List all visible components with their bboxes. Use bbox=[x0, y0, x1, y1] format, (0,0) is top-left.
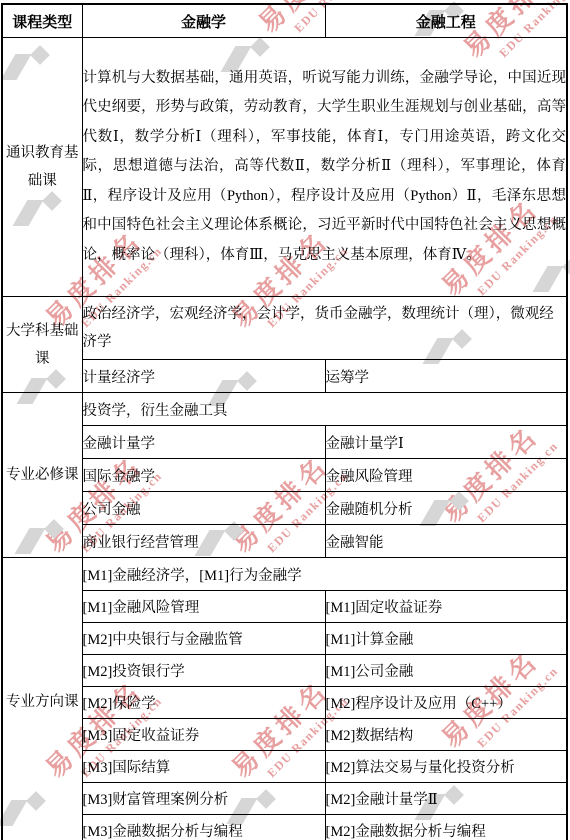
table-row: [M3]国际结算 [M2]算法交易与量化投资分析 bbox=[2, 751, 567, 783]
course-table: 课程类型 金融学 金融工程 通识教育基础课 计算机与大数据基础，通用英语，听说写… bbox=[1, 3, 568, 840]
table-row: [M3]固定收益证券 [M2]数据结构 bbox=[2, 719, 567, 751]
finance-course: [M2]投资银行学 bbox=[82, 655, 325, 687]
header-finance: 金融学 bbox=[82, 4, 325, 38]
fineng-course: 金融智能 bbox=[325, 525, 567, 558]
section-major-elective-row: 专业方向课 [M1]金融经济学，[M1]行为金融学 bbox=[2, 558, 567, 591]
fineng-course: [M2]金融数据分析与编程 bbox=[325, 815, 567, 840]
section-general-education-row: 通识教育基础课 计算机与大数据基础，通用英语，听说写能力训练，金融学导论，中国近… bbox=[2, 38, 567, 297]
finance-course: [M3]国际结算 bbox=[82, 751, 325, 783]
table-row: 公司金融 金融随机分析 bbox=[2, 492, 567, 525]
table-row: 商业银行经营管理 金融智能 bbox=[2, 525, 567, 558]
table-row: 计量经济学 运筹学 bbox=[2, 360, 567, 393]
table-row: [M2]中央银行与金融监管 [M1]计算金融 bbox=[2, 623, 567, 655]
section-major-required-row: 专业必修课 投资学，衍生金融工具 bbox=[2, 393, 567, 426]
fineng-course: 运筹学 bbox=[325, 360, 567, 393]
page: 易度排名EDU Ranking.cn 易度排名EDU Ranking.cn 易度… bbox=[0, 0, 570, 840]
finance-course: [M3]固定收益证券 bbox=[82, 719, 325, 751]
table-row: [M3]金融数据分析与编程 [M2]金融数据分析与编程 bbox=[2, 815, 567, 840]
major-required-shared-courses: 投资学，衍生金融工具 bbox=[82, 393, 567, 426]
fineng-course: 金融计量学Ⅰ bbox=[325, 426, 567, 459]
fineng-course: [M1]计算金融 bbox=[325, 623, 567, 655]
fineng-course: [M2]数据结构 bbox=[325, 719, 567, 751]
fineng-course: [M1]固定收益证券 bbox=[325, 591, 567, 623]
table-row: 国际金融学 金融风险管理 bbox=[2, 459, 567, 492]
table-row: [M2]保险学 [M2]程序设计及应用（C++） bbox=[2, 687, 567, 719]
fineng-course: [M2]算法交易与量化投资分析 bbox=[325, 751, 567, 783]
header-row: 课程类型 金融学 金融工程 bbox=[2, 4, 567, 38]
table-row: [M3]财富管理案例分析 [M2]金融计量学Ⅱ bbox=[2, 783, 567, 815]
section-discipline-basic-row: 大学科基础课 政治经济学，宏观经济学，会计学，货币金融学，数理统计（理），微观经… bbox=[2, 297, 567, 360]
header-financial-engineering: 金融工程 bbox=[325, 4, 567, 38]
finance-course: 国际金融学 bbox=[82, 459, 325, 492]
finance-course: 公司金融 bbox=[82, 492, 325, 525]
finance-course: [M2]中央银行与金融监管 bbox=[82, 623, 325, 655]
fineng-course: 金融随机分析 bbox=[325, 492, 567, 525]
finance-course: 商业银行经营管理 bbox=[82, 525, 325, 558]
table-row: [M2]投资银行学 [M1]公司金融 bbox=[2, 655, 567, 687]
finance-course: [M2]保险学 bbox=[82, 687, 325, 719]
fineng-course: [M2]程序设计及应用（C++） bbox=[325, 687, 567, 719]
finance-course: [M3]财富管理案例分析 bbox=[82, 783, 325, 815]
section-label-general-education: 通识教育基础课 bbox=[2, 38, 82, 297]
section-label-discipline-basic: 大学科基础课 bbox=[2, 297, 82, 393]
general-education-courses: 计算机与大数据基础，通用英语，听说写能力训练，金融学导论，中国近现代史纲要，形势… bbox=[82, 38, 567, 297]
table-row: 金融计量学 金融计量学Ⅰ bbox=[2, 426, 567, 459]
header-course-type: 课程类型 bbox=[2, 4, 82, 38]
fineng-course: 金融风险管理 bbox=[325, 459, 567, 492]
finance-course: [M1]金融风险管理 bbox=[82, 591, 325, 623]
section-label-major-elective: 专业方向课 bbox=[2, 558, 82, 840]
major-elective-shared-courses: [M1]金融经济学，[M1]行为金融学 bbox=[82, 558, 567, 591]
table-row: [M1]金融风险管理 [M1]固定收益证券 bbox=[2, 591, 567, 623]
finance-course: [M3]金融数据分析与编程 bbox=[82, 815, 325, 840]
finance-course: 计量经济学 bbox=[82, 360, 325, 393]
fineng-course: [M2]金融计量学Ⅱ bbox=[325, 783, 567, 815]
fineng-course: [M1]公司金融 bbox=[325, 655, 567, 687]
section-label-major-required: 专业必修课 bbox=[2, 393, 82, 558]
finance-course: 金融计量学 bbox=[82, 426, 325, 459]
discipline-basic-shared-courses: 政治经济学，宏观经济学，会计学，货币金融学，数理统计（理），微观经济学 bbox=[82, 297, 567, 360]
